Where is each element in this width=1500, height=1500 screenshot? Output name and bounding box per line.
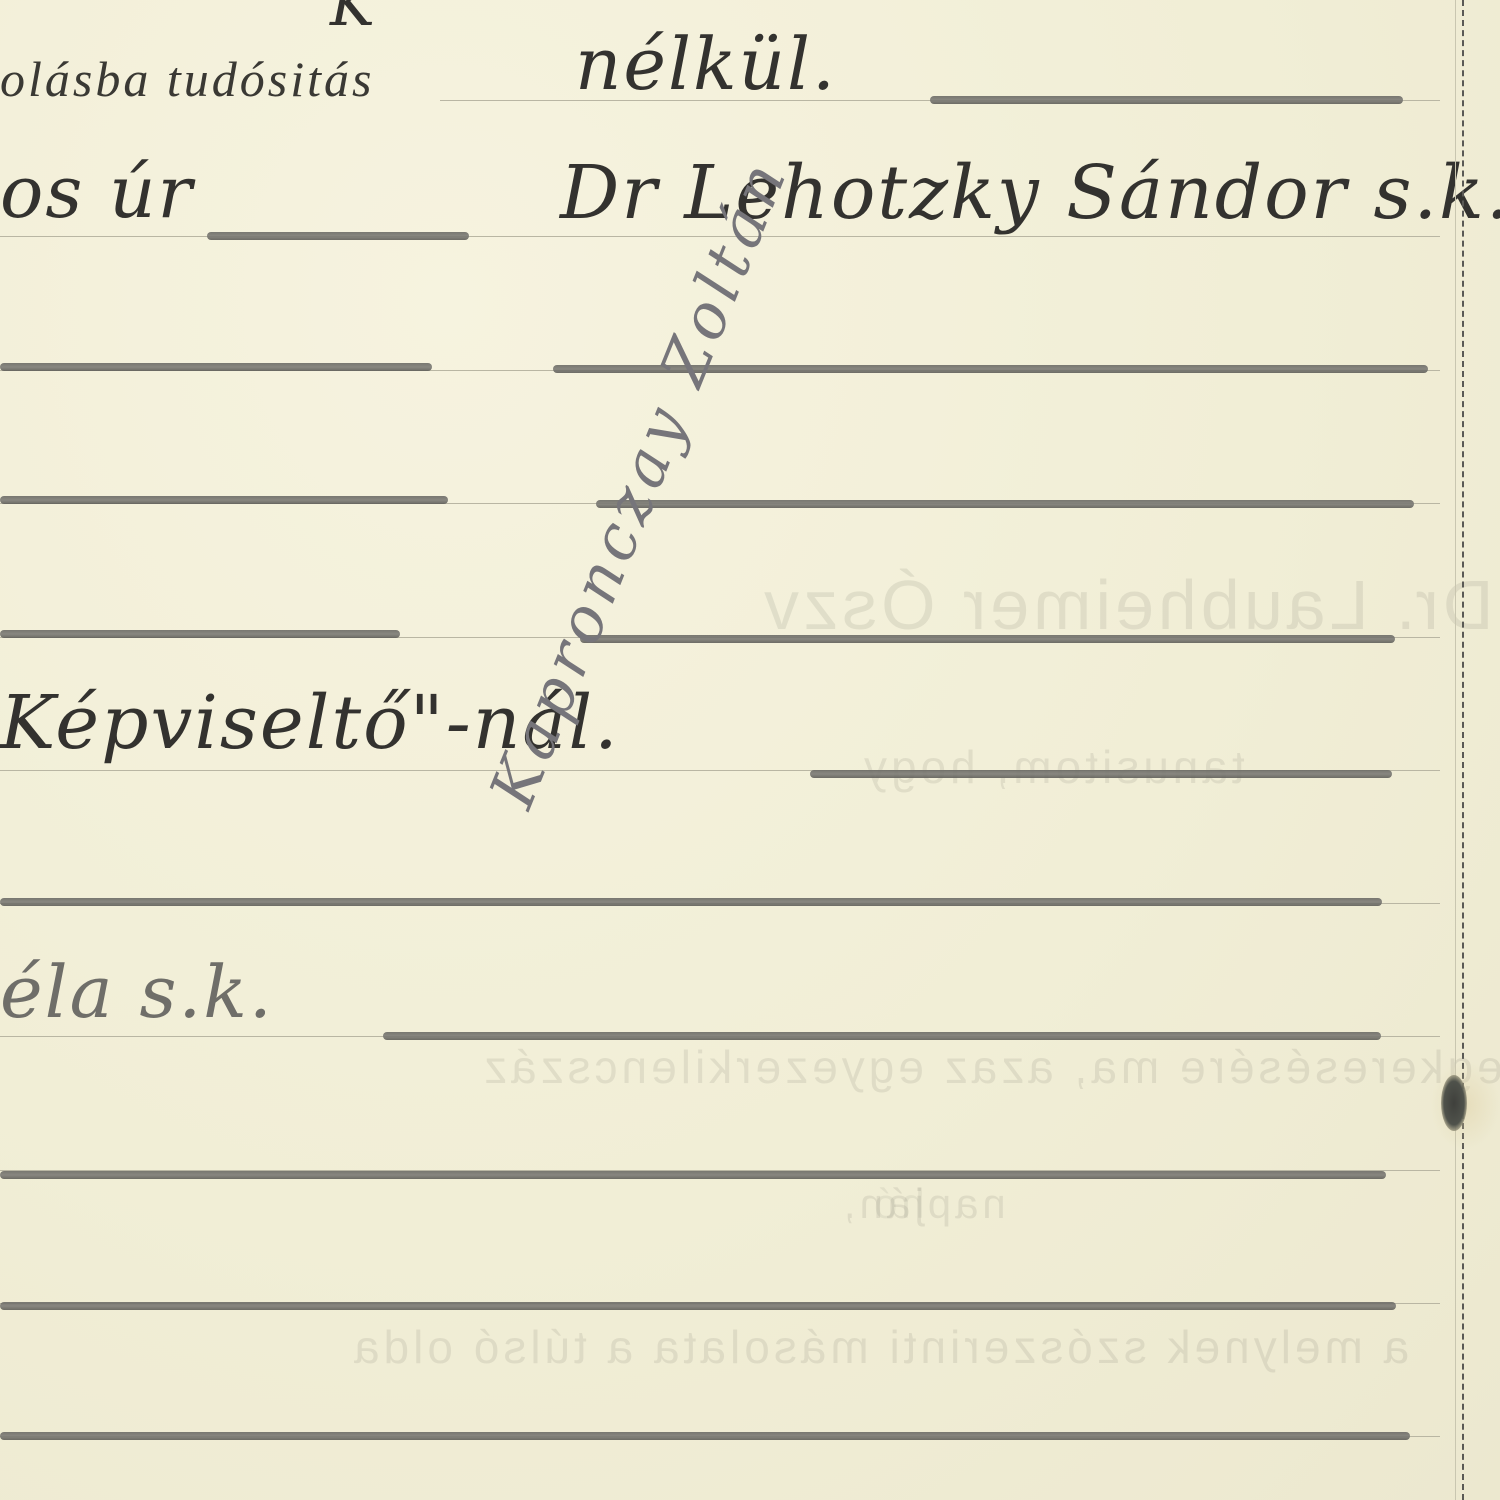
bleed-through-line-c: megkeresésére ma, azaz egyezerkilencszáz xyxy=(480,1040,1500,1094)
pen-stroke xyxy=(930,96,1403,104)
pen-stroke xyxy=(580,635,1395,643)
handwritten-nelkul: nélkül. xyxy=(575,22,837,106)
pen-stroke xyxy=(383,1032,1381,1040)
bleed-through-line-f: a melynek szószerinti másolata a túlsó o… xyxy=(350,1320,1409,1374)
pen-stroke xyxy=(596,500,1414,508)
pen-stroke xyxy=(0,630,400,638)
pencil-signature-vertical: Kapronczay Zoltán xyxy=(475,147,802,817)
printed-form-text: olásba tudósitás xyxy=(0,50,374,108)
pen-stroke xyxy=(0,1171,1386,1179)
perforation-line xyxy=(1462,0,1464,1500)
handwritten-os-ur: os úr xyxy=(0,150,194,234)
binding-hole xyxy=(1441,1075,1467,1131)
bleed-through-line-b: tanusitom, hogy xyxy=(860,740,1245,794)
pen-stroke xyxy=(0,1432,1410,1440)
pen-stroke xyxy=(0,363,432,371)
signature-lehotzky: Dr Lehotzky Sándor s.k. xyxy=(560,150,1500,236)
margin-rule xyxy=(1455,0,1456,1500)
pen-stroke xyxy=(0,898,1382,906)
pen-stroke xyxy=(810,770,1392,778)
bleed-through-line-e: hó xyxy=(870,1180,925,1228)
handwritten-bela-sk: éla s.k. xyxy=(0,950,274,1034)
pen-stroke xyxy=(0,1302,1396,1310)
bleed-through-line-a: ûn Dr. Laubheimer Ószv xyxy=(760,565,1500,645)
pen-stroke xyxy=(0,496,448,504)
handwritten-fragment-top: K xyxy=(330,0,377,40)
pen-stroke xyxy=(207,232,469,240)
document-page: ûn Dr. Laubheimer Ószv tanusitom, hogy m… xyxy=(0,0,1500,1500)
